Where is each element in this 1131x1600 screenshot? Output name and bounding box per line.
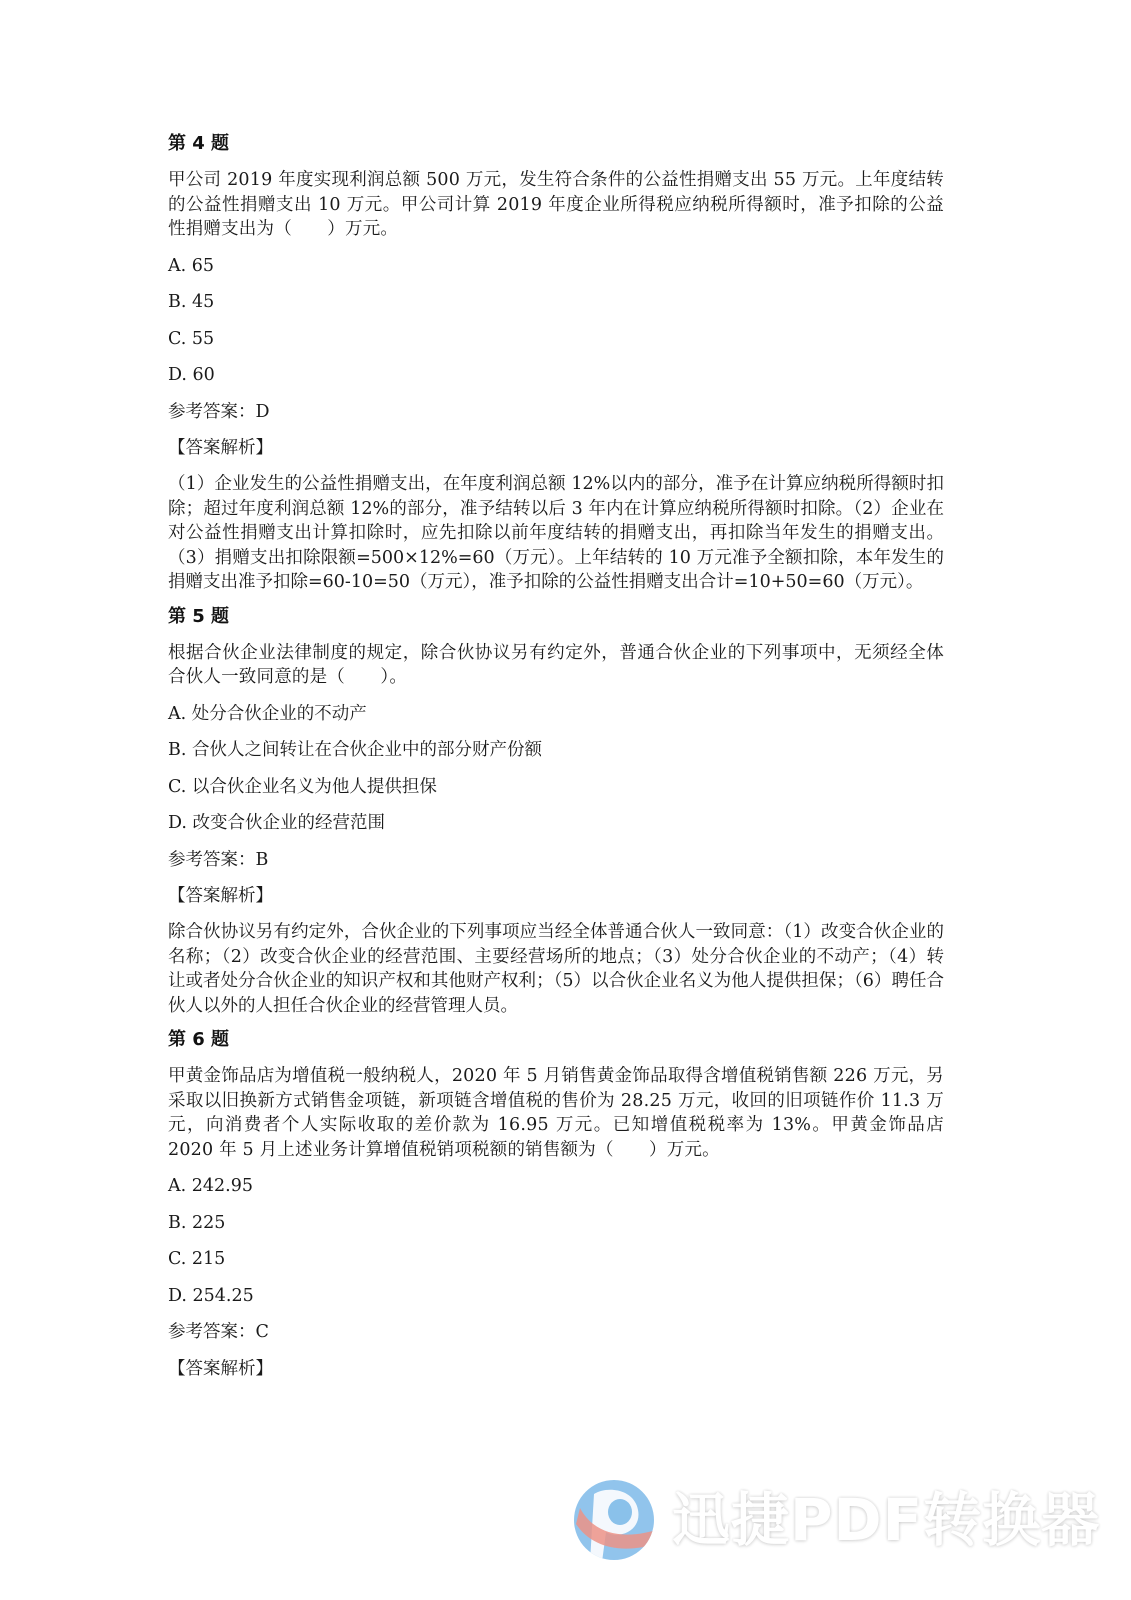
reference-answer: 参考答案：C	[168, 1320, 944, 1344]
option-c: C. 以合伙企业名义为他人提供担保	[168, 775, 944, 799]
analysis-label: 【答案解析】	[168, 436, 944, 460]
question-title: 第 4 题	[168, 132, 944, 156]
reference-answer: 参考答案：D	[168, 400, 944, 424]
option-d: D. 改变合伙企业的经营范围	[168, 811, 944, 835]
document-page: 第 4 题 甲公司 2019 年度实现利润总额 500 万元，发生符合条件的公益…	[168, 132, 944, 1393]
reference-answer: 参考答案：B	[168, 848, 944, 872]
option-c: C. 215	[168, 1247, 944, 1271]
option-d: D. 254.25	[168, 1284, 944, 1308]
question-4: 第 4 题 甲公司 2019 年度实现利润总额 500 万元，发生符合条件的公益…	[168, 132, 944, 595]
analysis-label: 【答案解析】	[168, 1357, 944, 1381]
question-stem: 甲公司 2019 年度实现利润总额 500 万元，发生符合条件的公益性捐赠支出 …	[168, 168, 944, 242]
question-6: 第 6 题 甲黄金饰品店为增值税一般纳税人，2020 年 5 月销售黄金饰品取得…	[168, 1028, 944, 1381]
question-title: 第 5 题	[168, 605, 944, 629]
watermark: 迅捷PDF转换器	[572, 1478, 1100, 1562]
option-c: C. 55	[168, 327, 944, 351]
analysis-text: 除合伙协议另有约定外，合伙企业的下列事项应当经全体普通合伙人一致同意：（1）改变…	[168, 920, 944, 1018]
question-stem: 甲黄金饰品店为增值税一般纳税人，2020 年 5 月销售黄金饰品取得含增值税销售…	[168, 1064, 944, 1162]
watermark-text: 迅捷PDF转换器	[672, 1478, 1100, 1562]
option-a: A. 65	[168, 254, 944, 278]
option-a: A. 处分合伙企业的不动产	[168, 702, 944, 726]
question-stem: 根据合伙企业法律制度的规定，除合伙协议另有约定外，普通合伙企业的下列事项中，无须…	[168, 641, 944, 690]
option-d: D. 60	[168, 363, 944, 387]
option-b: B. 45	[168, 290, 944, 314]
option-a: A. 242.95	[168, 1174, 944, 1198]
question-5: 第 5 题 根据合伙企业法律制度的规定，除合伙协议另有约定外，普通合伙企业的下列…	[168, 605, 944, 1019]
option-b: B. 合伙人之间转让在合伙企业中的部分财产份额	[168, 738, 944, 762]
option-b: B. 225	[168, 1211, 944, 1235]
xunjie-pdf-logo-icon	[572, 1478, 656, 1562]
analysis-label: 【答案解析】	[168, 884, 944, 908]
analysis-text: （1）企业发生的公益性捐赠支出，在年度利润总额 12%以内的部分，准予在计算应纳…	[168, 472, 944, 595]
question-title: 第 6 题	[168, 1028, 944, 1052]
